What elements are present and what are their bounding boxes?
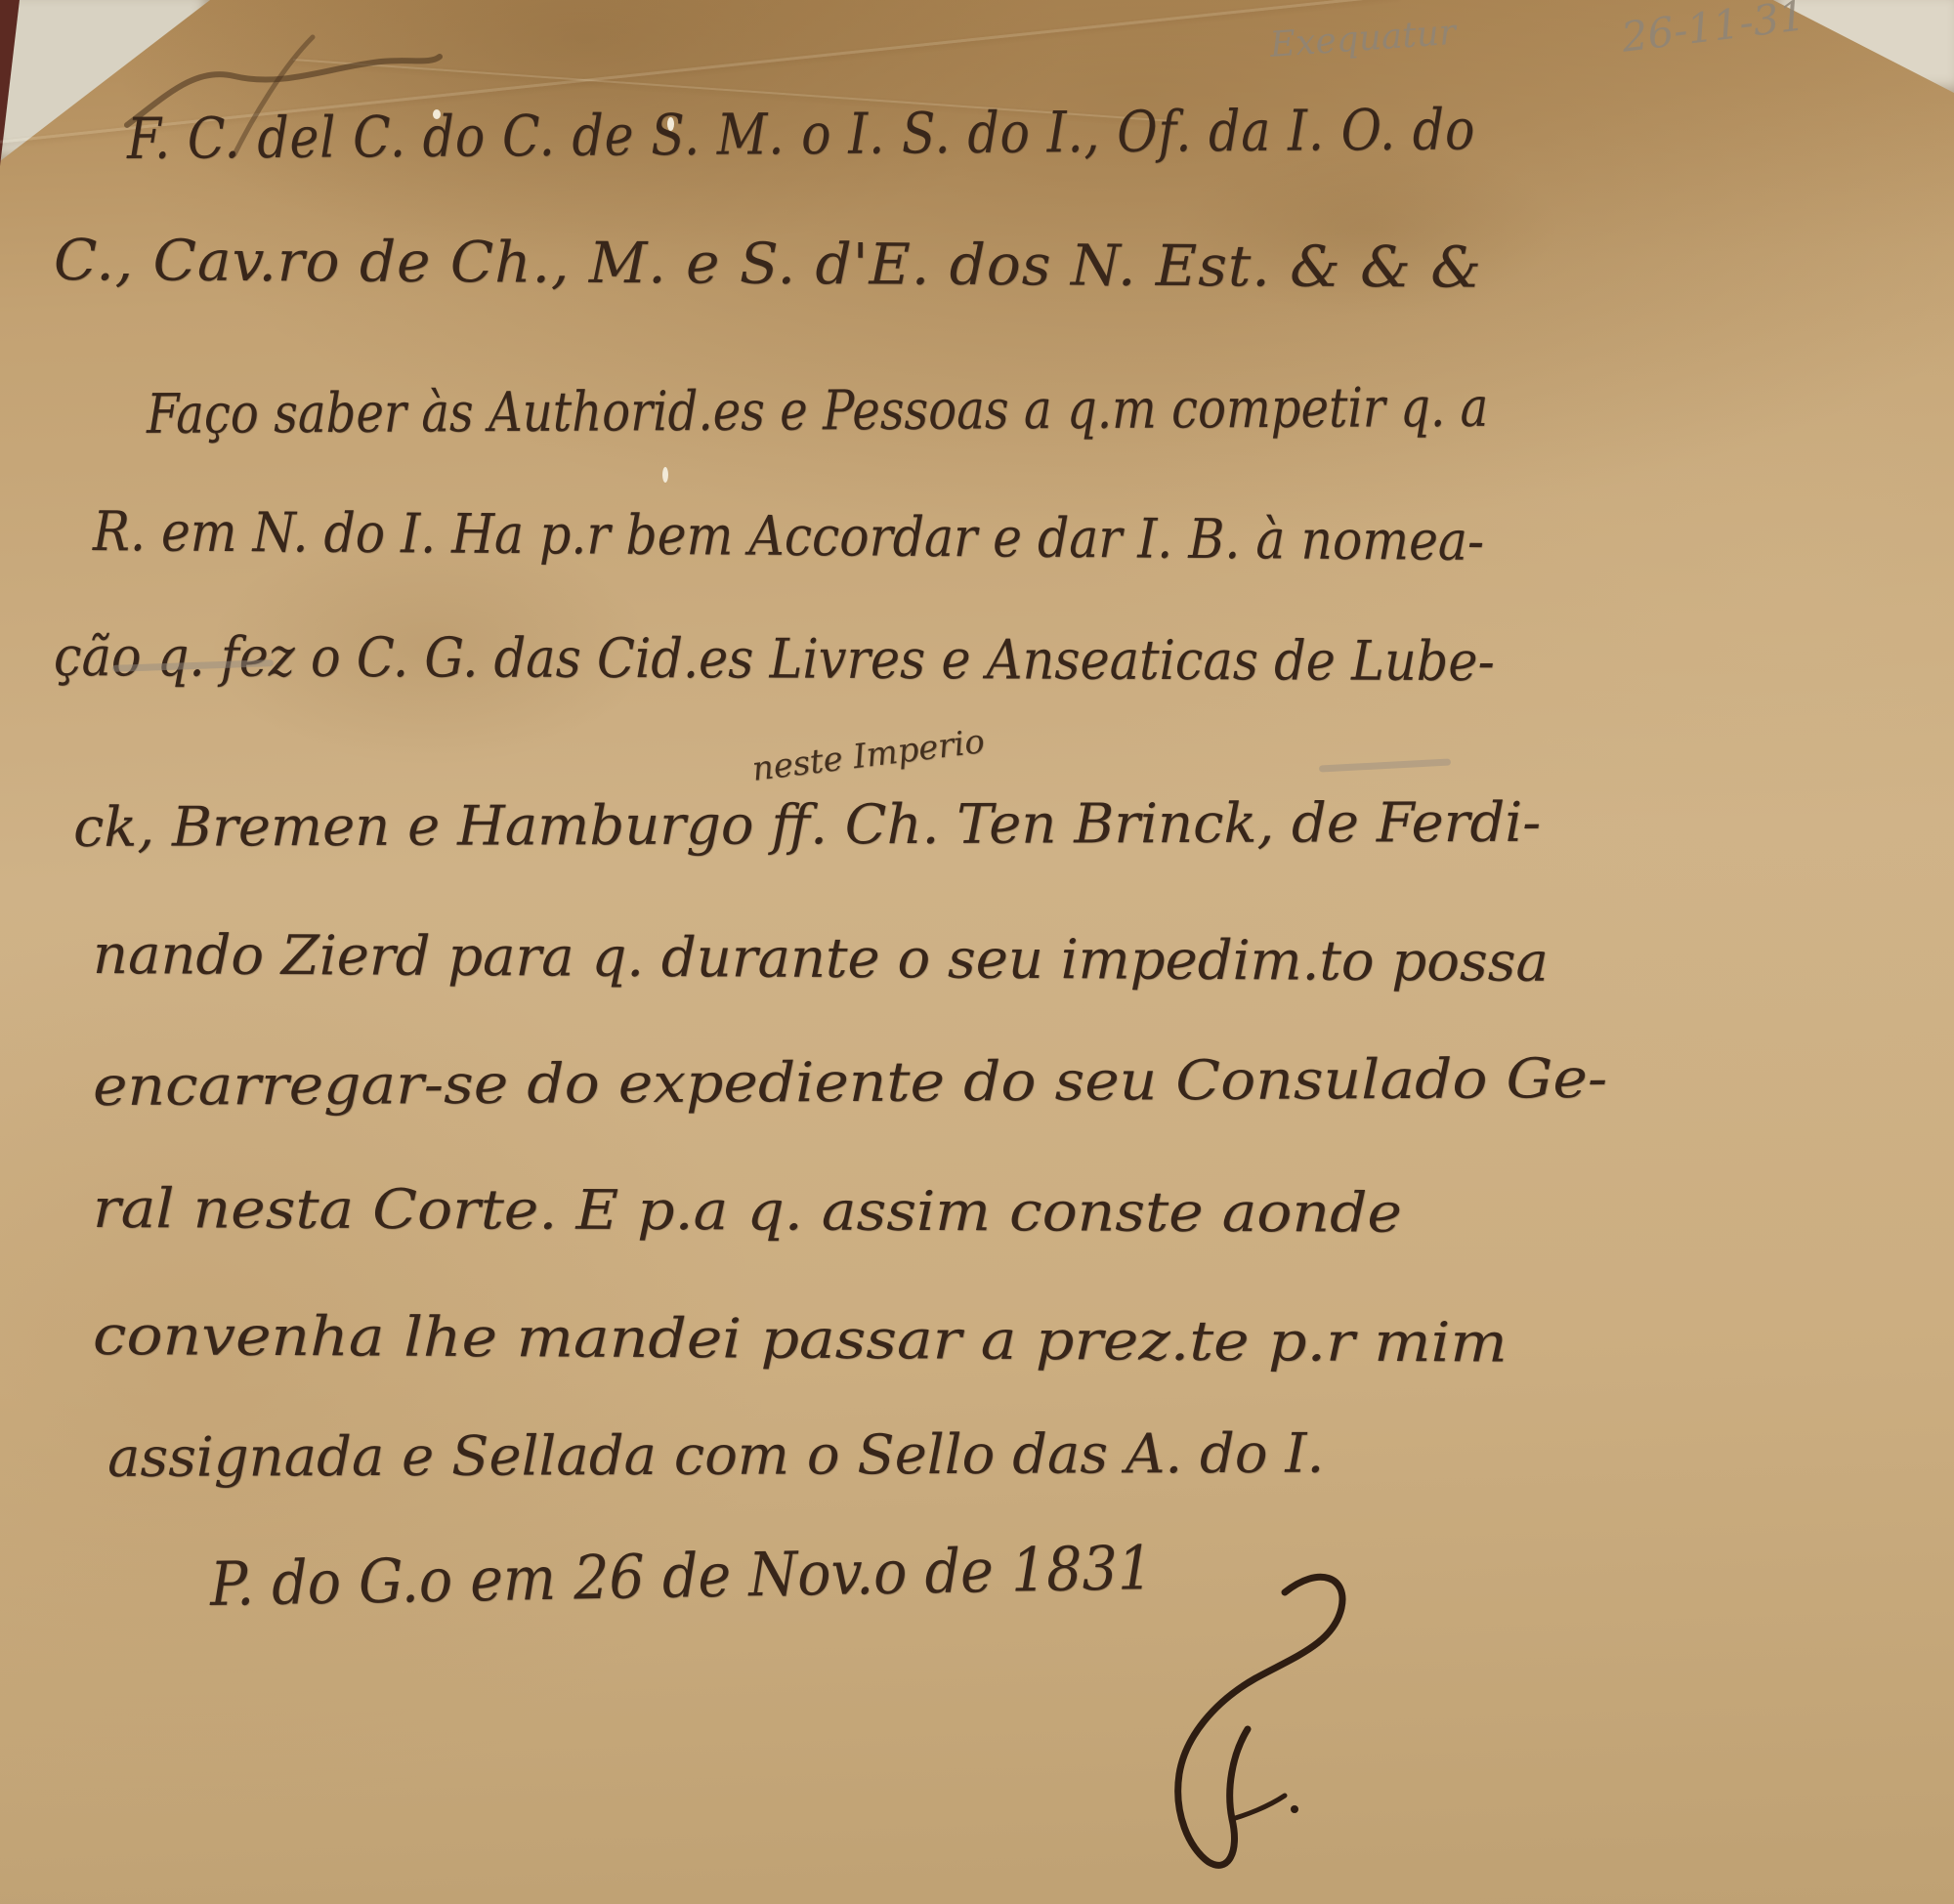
pencil-annotation-word: Exequatur [1269, 13, 1458, 65]
paper-speck [667, 117, 674, 131]
manuscript-header-line-1: F. C. del C. do C. de S. M. o I. S. do I… [127, 96, 1476, 172]
manuscript-header-line-2: C., Cav.ro de Ch., M. e S. d'E. dos N. E… [54, 227, 1482, 301]
manuscript-line: ral nesta Corte. E p.a q. assim conste a… [93, 1177, 1402, 1246]
signature-rubric [1138, 1563, 1382, 1885]
manuscript-page: Exequatur 26-11-31 F. C. del C. do C. de… [0, 0, 1954, 1904]
manuscript-line: nando Zierd para q. durante o seu impedi… [93, 923, 1549, 994]
pencil-annotation-date: 26-11-31 [1619, 0, 1807, 62]
paper-speck [662, 467, 668, 483]
manuscript-line: ck, Bremen e Hamburgo ff. Ch. Ten Brinck… [73, 791, 1541, 860]
manuscript-line: R. em N. do I. Ha p.r bem Accordar e dar… [93, 500, 1484, 573]
manuscript-dateline: P. do G.o em 26 de Nov.o de 1831 [209, 1532, 1153, 1620]
interlinear-insertion: neste Imperio [750, 722, 987, 789]
pencil-underline-smudge [1319, 758, 1451, 772]
manuscript-line: Faço saber às Authorid.es e Pessoas a q.… [147, 376, 1489, 446]
manuscript-line: convenha lhe mandei passar a prez.te p.r… [93, 1304, 1508, 1375]
manuscript-line: encarregar-se do expediente do seu Consu… [93, 1047, 1607, 1119]
manuscript-line: assignada e Sellada com o Sello das A. d… [107, 1422, 1324, 1490]
paper-speck [433, 109, 441, 119]
